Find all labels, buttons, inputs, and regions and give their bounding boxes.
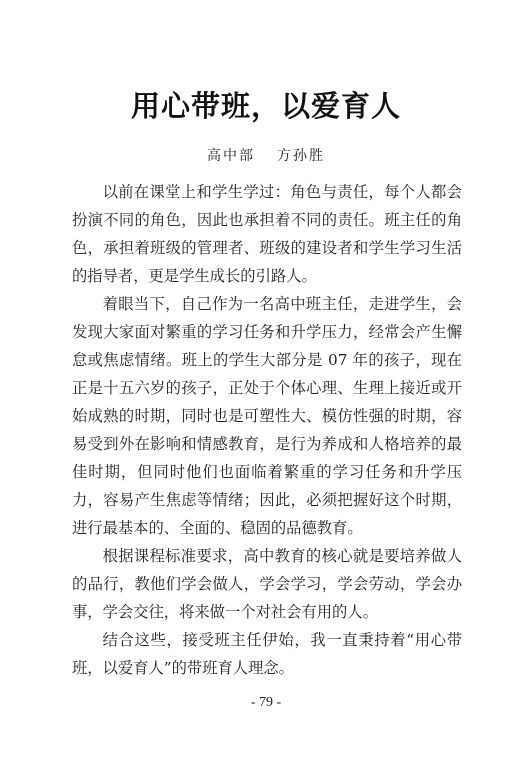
article-title: 用心带班，以爱育人 [0, 86, 532, 126]
page-number: - 79 - [0, 695, 532, 711]
paragraph-2: 着眼当下，自己作为一名高中班主任，走进学生，会发现大家面对繁重的学习任务和升学压… [72, 290, 462, 542]
byline: 高中部方孙胜 [0, 146, 532, 166]
paragraph-3: 根据课程标准要求，高中教育的核心就是要培养做人的品行，教他们学会做人，学会学习，… [72, 542, 462, 626]
paragraph-4: 结合这些，接受班主任伊始，我一直秉持着“用心带班，以爱育人”的带班育人理念。 [72, 626, 462, 682]
author-name: 方孙胜 [277, 148, 325, 164]
document-page: 用心带班，以爱育人 高中部方孙胜 以前在课堂上和学生学过：角色与责任，每个人都会… [0, 0, 532, 768]
paragraph-1: 以前在课堂上和学生学过：角色与责任，每个人都会扮演不同的角色，因此也承担着不同的… [72, 178, 462, 290]
article-body: 以前在课堂上和学生学过：角色与责任，每个人都会扮演不同的角色，因此也承担着不同的… [72, 178, 462, 682]
author-department: 高中部 [207, 148, 255, 164]
